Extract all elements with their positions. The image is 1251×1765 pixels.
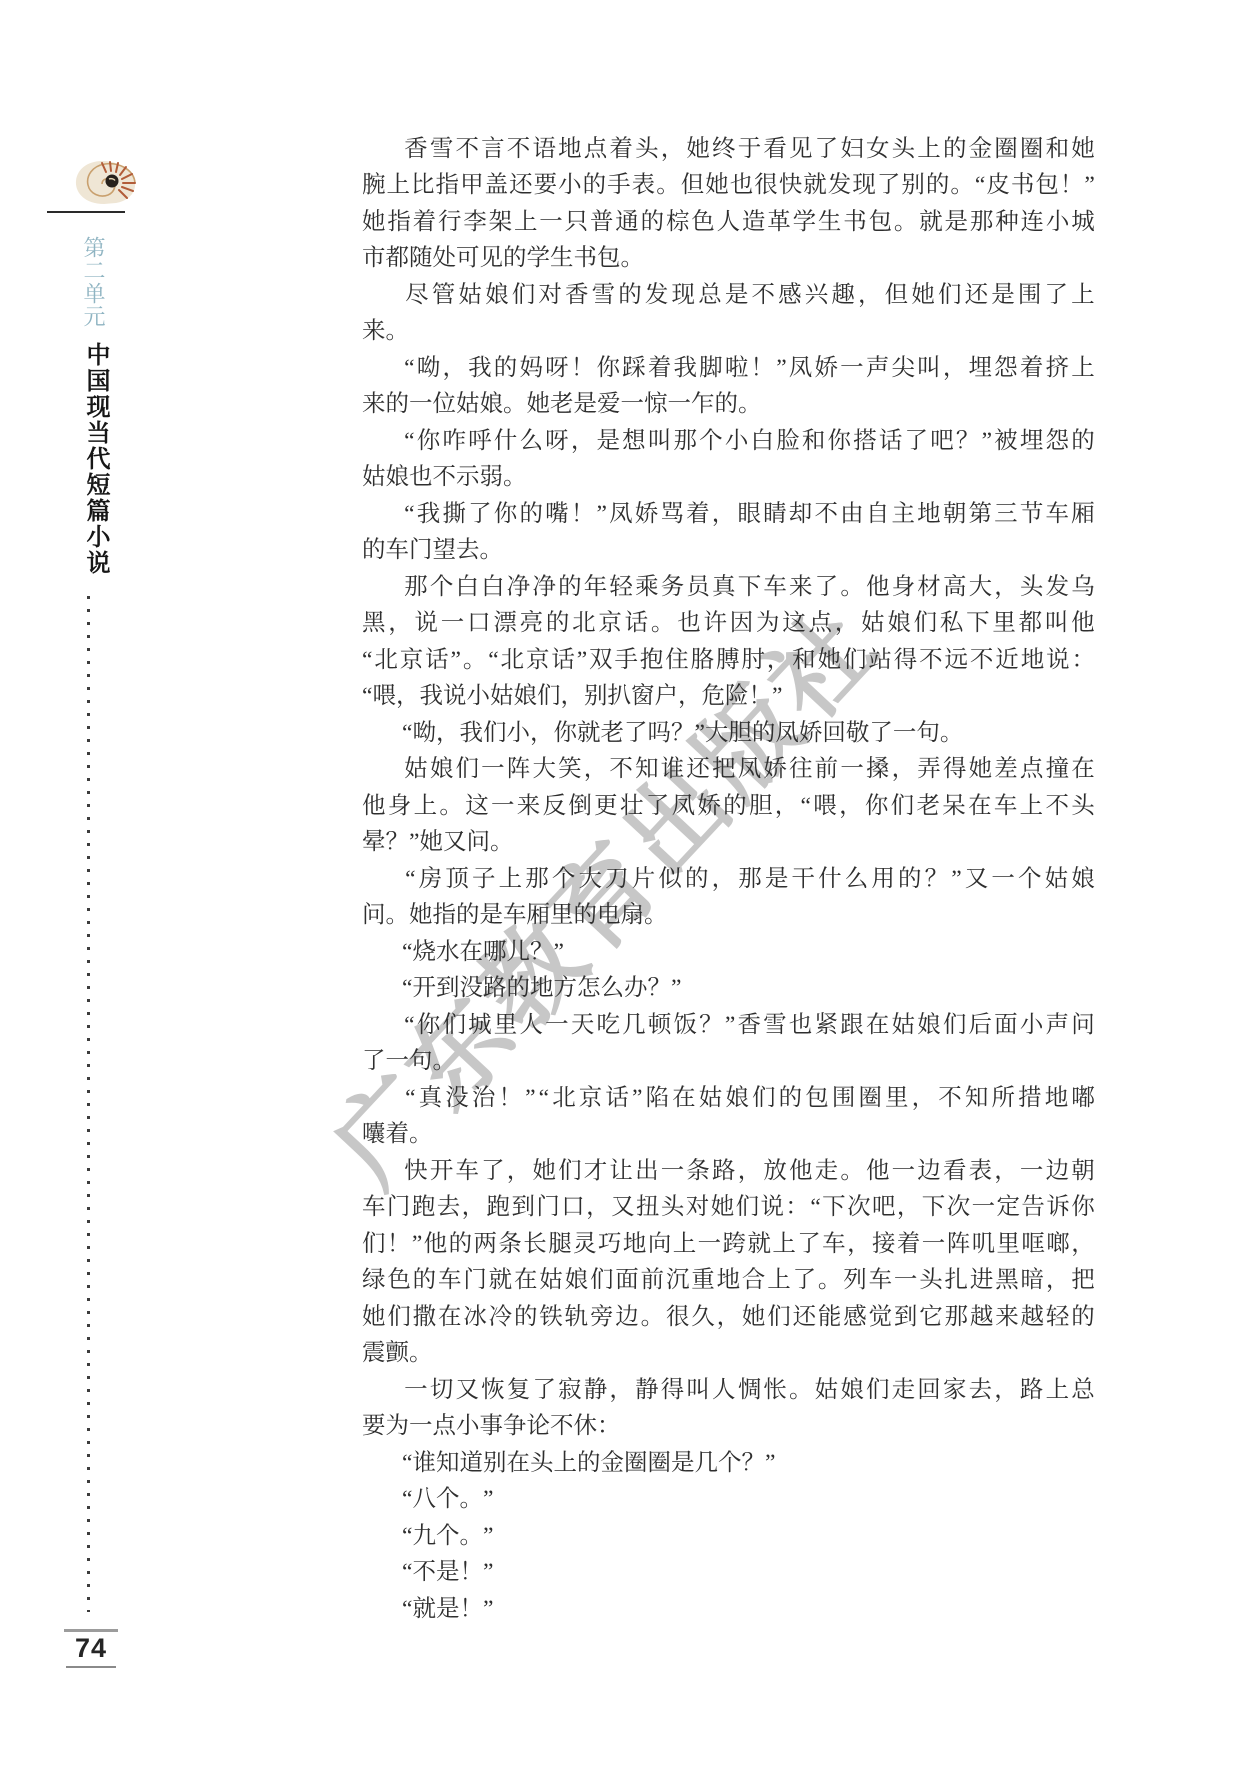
page-number-rule-top <box>64 1629 118 1632</box>
text-line: 黑，说一口漂亮的北京话。也许因为这点，姑娘们私下里都叫他 <box>362 606 1095 643</box>
page-number-rule-bottom <box>66 1666 116 1668</box>
series-title: 中国现当代短篇小说 <box>78 342 113 576</box>
text-line: 一切又恢复了寂静，静得叫人惆怅。姑娘们走回家去，路上总 <box>362 1372 1095 1409</box>
dotted-rule <box>87 596 90 1612</box>
text-line: 市都随处可见的学生书包。 <box>362 241 1095 278</box>
text-line: 那个白白净净的年轻乘务员真下车来了。他身材高大，头发乌 <box>362 569 1095 606</box>
text-line: 快开车了，她们才让出一条路，放他走。他一边看表，一边朝 <box>362 1153 1095 1190</box>
unit-label: 第二单元 <box>78 236 109 328</box>
text-line: 她们撒在冰冷的铁轨旁边。很久，她们还能感觉到它那越来越轻的 <box>362 1299 1095 1336</box>
text-block: 香雪不言不语地点着头，她终于看见了妇女头上的金圈圈和她腕上比指甲盖还要小的手表。… <box>362 131 1095 1628</box>
text-line: 来。 <box>362 314 1095 351</box>
text-line: “八个。” <box>362 1482 1095 1519</box>
text-line: “呦，我们小，你就老了吗？”大胆的凤娇回敬了一句。 <box>362 715 1095 752</box>
text-line: 要为一点小事争论不休： <box>362 1409 1095 1446</box>
textbook-page: { "page_number": "74", "sidebar": { "uni… <box>0 0 1251 1765</box>
text-line: 晕？”她又问。 <box>362 825 1095 862</box>
text-line: “你们城里人一天吃几顿饭？”香雪也紧跟在姑娘们后面小声问 <box>362 1007 1095 1044</box>
text-line: “我撕了你的嘴！”凤娇骂着，眼睛却不由自主地朝第三节车厢 <box>362 496 1095 533</box>
sidebar-divider <box>47 211 125 213</box>
text-line: 们！”他的两条长腿灵巧地向上一跨就上了车，接着一阵叽里哐啷， <box>362 1226 1095 1263</box>
text-line: “你咋呼什么呀，是想叫那个小白脸和你搭话了吧？”被埋怨的 <box>362 423 1095 460</box>
text-line: “喂，我说小姑娘们，别扒窗户，危险！” <box>362 679 1095 716</box>
nautilus-shell-icon <box>74 159 138 206</box>
text-line: 她指着行李架上一只普通的棕色人造革学生书包。就是那种连小城 <box>362 204 1095 241</box>
text-line: “不是！” <box>362 1555 1095 1592</box>
text-line: 来的一位姑娘。她老是爱一惊一乍的。 <box>362 387 1095 424</box>
text-line: 尽管姑娘们对香雪的发现总是不感兴趣，但她们还是围了上 <box>362 277 1095 314</box>
text-line: “开到没路的地方怎么办？” <box>362 971 1095 1008</box>
text-line: “房顶子上那个大刀片似的，那是干什么用的？”又一个姑娘 <box>362 861 1095 898</box>
text-line: 绿色的车门就在姑娘们面前沉重地合上了。列车一头扎进黑暗，把 <box>362 1263 1095 1300</box>
text-line: “就是！” <box>362 1591 1095 1628</box>
text-line: 震颤。 <box>362 1336 1095 1373</box>
page-number: 74 <box>58 1633 124 1664</box>
text-line: “谁知道别在头上的金圈圈是几个？” <box>362 1445 1095 1482</box>
text-line: 他身上。这一来反倒更壮了凤娇的胆，“喂，你们老呆在车上不头 <box>362 788 1095 825</box>
text-line: 的车门望去。 <box>362 533 1095 570</box>
text-line: 车门跑去，跑到门口，又扭头对她们说：“下次吧，下次一定告诉你 <box>362 1190 1095 1227</box>
text-line: 囔着。 <box>362 1117 1095 1154</box>
text-line: “北京话”。“北京话”双手抱住胳膊肘，和她们站得不远不近地说： <box>362 642 1095 679</box>
text-line: “九个。” <box>362 1518 1095 1555</box>
text-line: “呦，我的妈呀！你踩着我脚啦！”凤娇一声尖叫，埋怨着挤上 <box>362 350 1095 387</box>
text-line: 腕上比指甲盖还要小的手表。但她也很快就发现了别的。“皮书包！” <box>362 168 1095 205</box>
text-line: 了一句。 <box>362 1044 1095 1081</box>
text-line: “烧水在哪儿？” <box>362 934 1095 971</box>
text-line: 问。她指的是车厢里的电扇。 <box>362 898 1095 935</box>
text-line: 姑娘也不示弱。 <box>362 460 1095 497</box>
text-line: 姑娘们一阵大笑，不知谁还把凤娇往前一搡，弄得她差点撞在 <box>362 752 1095 789</box>
text-line: “真没治！”“北京话”陷在姑娘们的包围圈里，不知所措地嘟 <box>362 1080 1095 1117</box>
text-line: 香雪不言不语地点着头，她终于看见了妇女头上的金圈圈和她 <box>362 131 1095 168</box>
